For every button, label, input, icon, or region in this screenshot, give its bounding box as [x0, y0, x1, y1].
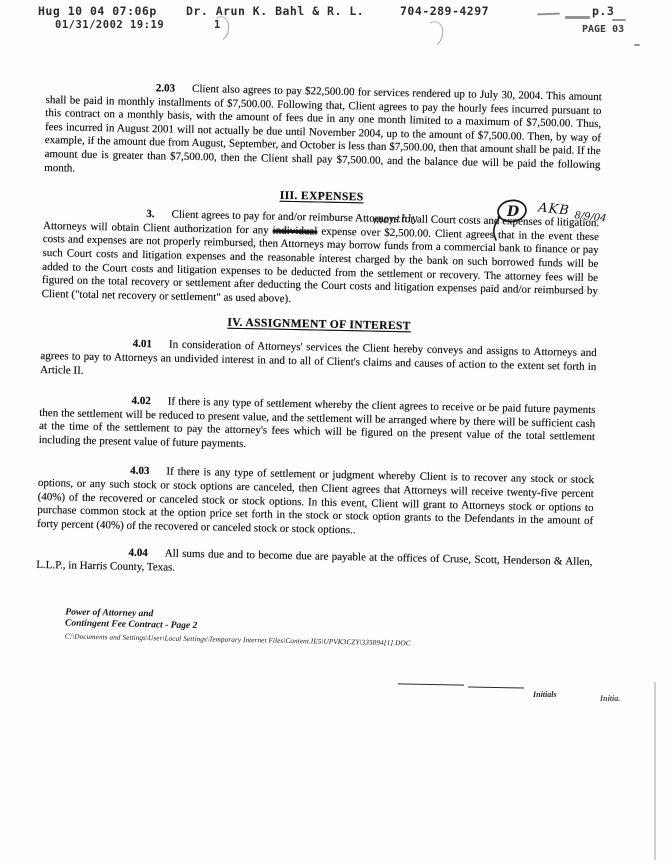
- paragraph-text: All sums due and to become due are payab…: [36, 548, 592, 574]
- fax-page-number: p.3: [592, 4, 614, 18]
- section-number: 4.03: [130, 465, 149, 477]
- initials-label-ghost: Initia.: [600, 694, 620, 703]
- annotation-circle-icon: D: [486, 198, 538, 244]
- paragraph-text: In consideration of Attorneys' services …: [40, 339, 597, 376]
- fax-page-label: PAGE 03: [582, 24, 624, 35]
- paragraph-text: If there is any type of settlement or ju…: [37, 466, 594, 536]
- section-number: 4.04: [128, 547, 147, 559]
- fax-sender-name: Dr. Arun K. Bahl & R. L.: [186, 4, 364, 18]
- page-edge-scan-line: [654, 682, 656, 860]
- section-number: 3.: [146, 208, 154, 220]
- signature-line: [468, 687, 524, 689]
- signature-line: [398, 683, 464, 685]
- annotation-date: 8/9/04: [574, 210, 607, 224]
- contract-paragraph-4-04: 4.04All sums due and to become due are p…: [36, 545, 592, 583]
- scan-smudge: [612, 19, 626, 21]
- scan-smudge: [537, 13, 560, 16]
- document-footer: Power of Attorney and Contingent Fee Con…: [65, 607, 592, 651]
- initials-label: Initials: [533, 690, 557, 699]
- contract-paragraph-4-01: 4.01In consideration of Attorneys' servi…: [40, 336, 597, 388]
- section-number: 2.03: [156, 82, 175, 94]
- fax-sent-time: Hug 10 04 07:06p: [38, 4, 157, 18]
- contract-paragraph-4-03: 4.03If there is any type of settlement o…: [37, 463, 594, 542]
- fax-datetime: 01/31/2002 19:19: [55, 19, 164, 31]
- contract-paragraph-2-03: 2.03Client also agrees to pay $22,500.00…: [44, 80, 602, 186]
- section-number: 4.02: [131, 395, 150, 407]
- paragraph-text: If there is any type of settlement where…: [39, 396, 596, 450]
- svg-text:D: D: [506, 204, 520, 220]
- contract-body: 2.03Client also agrees to pay $22,500.00…: [35, 80, 602, 651]
- scan-artifact-curl: [421, 19, 446, 49]
- fax-phone-number: 704-289-4297: [400, 4, 489, 18]
- section-number: 4.01: [133, 338, 152, 350]
- assignment-of-interest-heading: IV. ASSIGNMENT OF INTEREST: [41, 313, 597, 336]
- annotation-initials: AKB 8/9/04: [537, 200, 607, 222]
- handwritten-annotation: D AKB 8/9/04: [486, 198, 656, 244]
- contract-paragraph-4-02: 4.02If there is any type of settlement w…: [39, 393, 596, 459]
- scan-artifact-curl: [207, 14, 232, 44]
- scanned-fax-page: Hug 10 04 07:06p Dr. Arun K. Bahl & R. L…: [0, 0, 670, 867]
- annotation-initials-text: AKB: [537, 200, 570, 218]
- scan-smudge: [634, 44, 640, 46]
- scan-smudge: [565, 16, 590, 19]
- handwritten-edit: individualmonthly: [273, 224, 318, 237]
- paragraph-text: Client also agrees to pay $22,500.00 for…: [44, 83, 602, 174]
